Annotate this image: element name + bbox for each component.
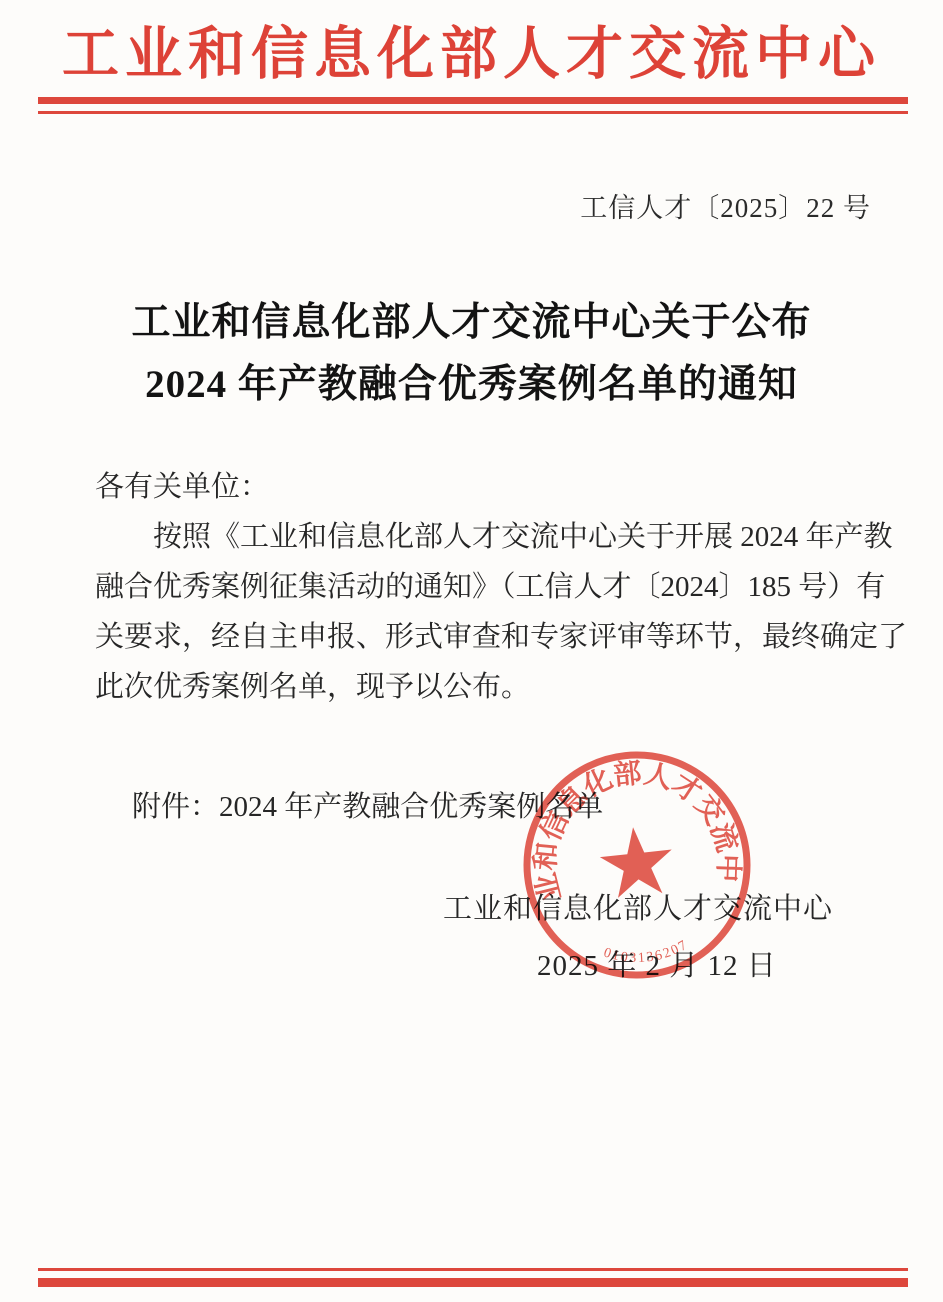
footer-rule-thin [38,1268,908,1271]
footer-rule-thick [38,1278,908,1287]
notice-title-line-1: 工业和信息化部人才交流中心关于公布 [0,292,943,354]
salutation: 各有关单位： [95,462,859,512]
attachment-line: 附件：2024 年产教融合优秀案例名单 [132,782,603,832]
document-number: 工信人才〔2025〕22 号 [580,186,871,225]
header-rule-thick [38,97,908,104]
notice-body: 各有关单位： 按照《工业和信息化部人才交流中心关于开展 2024 年产教 融合优… [95,462,859,712]
signature-org: 工业和信息化部人才交流中心 [443,886,833,927]
body-line: 关要求，经自主申报、形式审查和专家评审等环节，最终确定了 [95,612,859,662]
header-rule-thin [38,111,908,114]
notice-title: 工业和信息化部人才交流中心关于公布 2024 年产教融合优秀案例名单的通知 [0,292,943,416]
body-line: 此次优秀案例名单，现予以公布。 [95,662,859,712]
letterhead-org-title: 工业和信息化部人才交流中心 [0,8,943,90]
body-line: 融合优秀案例征集活动的通知》（工信人才〔2024〕185 号）有 [95,562,859,612]
notice-title-line-2: 2024 年产教融合优秀案例名单的通知 [0,354,943,416]
signature-date: 2025 年 2 月 12 日 [537,943,777,984]
body-line: 按照《工业和信息化部人才交流中心关于开展 2024 年产教 [95,512,859,562]
document-page: 工业和信息化部人才交流中心 工信人才〔2025〕22 号 工业和信息化部人才交流… [0,0,943,1302]
